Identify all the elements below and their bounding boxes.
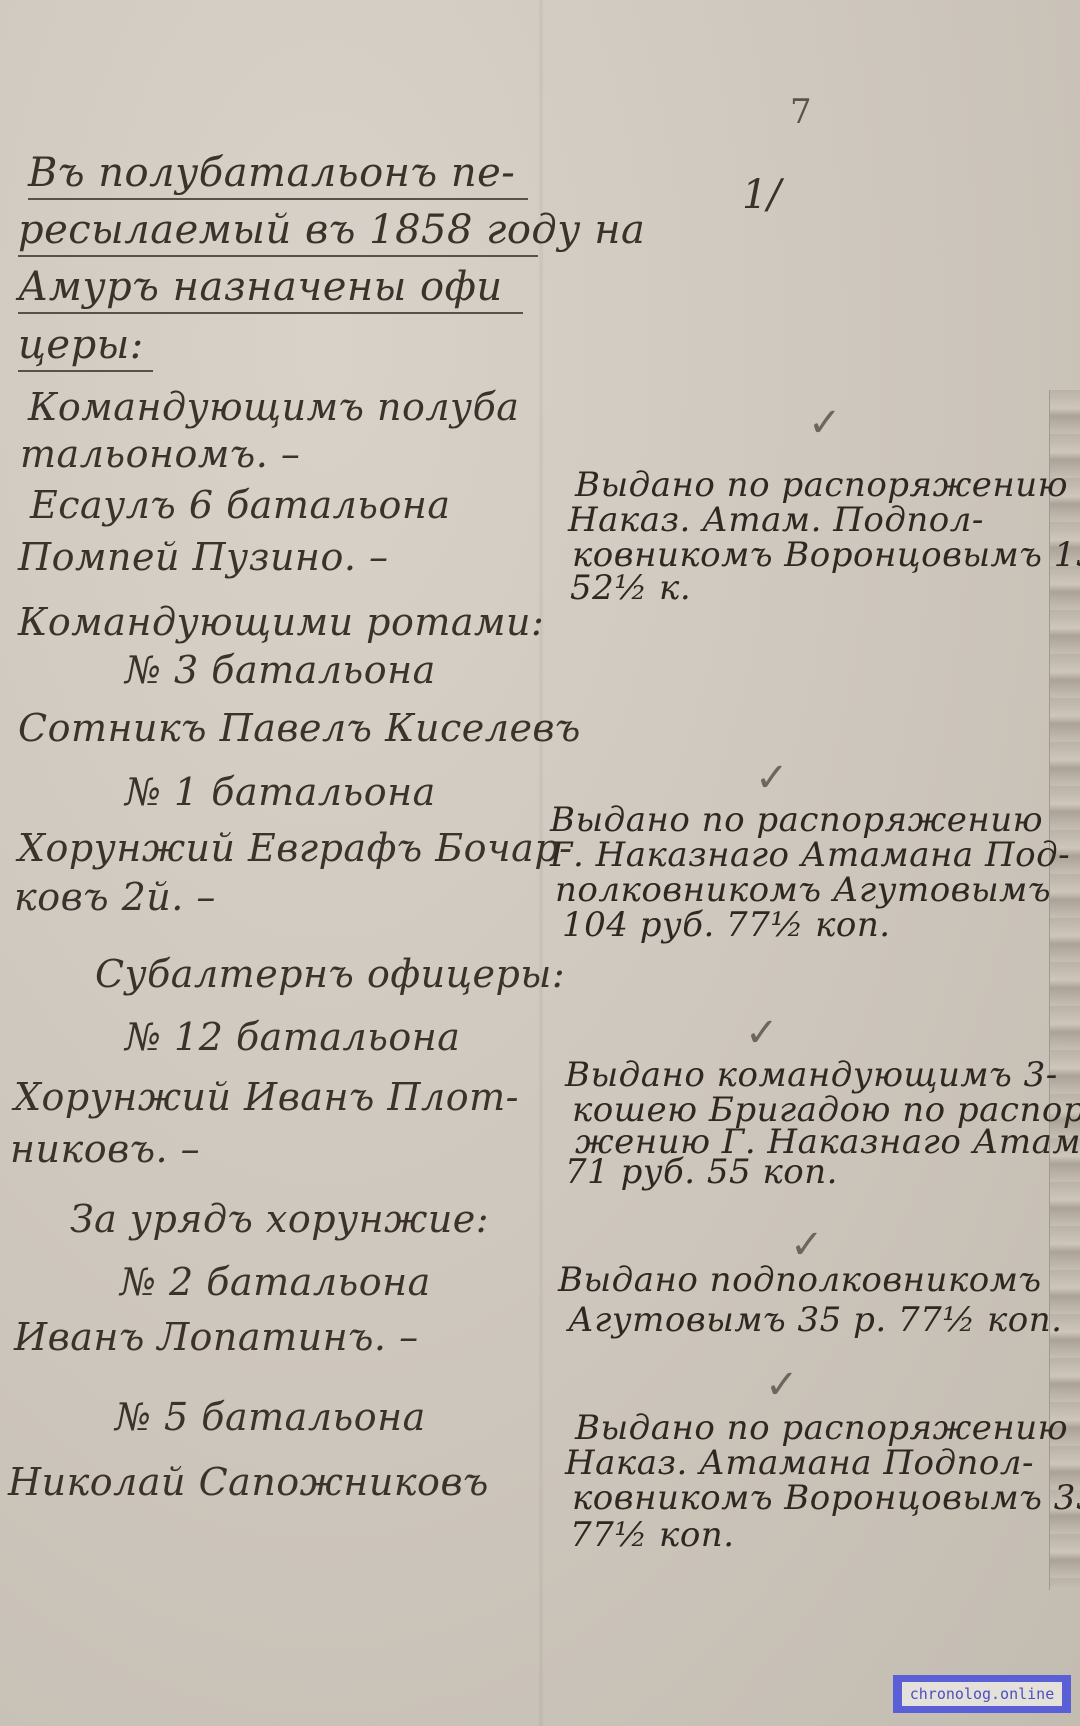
entry-line: тальономъ. –	[20, 432, 300, 476]
entry-line: Хорунжий Иванъ Плот-	[14, 1075, 519, 1119]
payment-line: Выдано по распоряжению	[550, 800, 1043, 840]
payment-line: Г. Наказнаго Атамана Под-	[550, 835, 1070, 875]
payment-line: Агутовымъ 35 р. 77½ коп.	[568, 1300, 1062, 1340]
heading-line-2: ресылаемый въ 1858 году на	[18, 207, 538, 257]
payment-line: Выдано подполковникомъ	[558, 1260, 1042, 1300]
battalion-label: № 3 батальона	[125, 648, 436, 692]
watermark-text: chronolog.online	[902, 1682, 1063, 1706]
section-label: За урядъ хорунжие:	[70, 1197, 489, 1241]
checkmark-icon: ✓	[808, 400, 842, 446]
battalion-label: № 5 батальона	[115, 1395, 426, 1439]
section-label: Субалтернъ офицеры:	[95, 952, 565, 996]
entry-line: Иванъ Лопатинъ. –	[14, 1315, 419, 1359]
checkmark-icon: ✓	[745, 1010, 779, 1056]
checkmark-icon: ✓	[765, 1362, 799, 1408]
battalion-label: № 1 батальона	[125, 770, 436, 814]
entry-line: Командующимъ полуба	[28, 385, 519, 429]
page-number: 7	[790, 92, 812, 132]
entry-line: ковъ 2й. –	[14, 875, 216, 919]
entry-line: никовъ. –	[10, 1127, 200, 1171]
payment-line: Наказ. Атамана Подпол-	[565, 1443, 1034, 1483]
payment-line: 77½ коп.	[570, 1515, 735, 1555]
payment-line: 52½ к.	[570, 568, 691, 608]
entry-line: Командующими ротами:	[18, 600, 544, 644]
folio-mark: 1/	[742, 172, 781, 218]
payment-line: 104 руб. 77½ коп.	[562, 905, 891, 945]
payment-line: 71 руб. 55 коп.	[565, 1152, 838, 1192]
watermark-badge: chronolog.online	[893, 1675, 1071, 1713]
payment-line: полковникомъ Агутовымъ	[555, 870, 1051, 910]
entry-line: Николай Сапожниковъ	[8, 1460, 489, 1504]
heading-line-3: Амуръ назначены офи	[18, 264, 523, 314]
heading-line-1: Въ полубатальонъ пе-	[28, 150, 528, 200]
checkmark-icon: ✓	[755, 755, 789, 801]
entry-line: Хорунжий Евграфъ Бочар-	[18, 826, 573, 870]
payment-line: Выдано по распоряжению	[575, 465, 1068, 505]
battalion-label: № 2 батальона	[120, 1260, 431, 1304]
payment-line: Наказ. Атам. Подпол-	[568, 500, 984, 540]
battalion-label: № 12 батальона	[125, 1015, 460, 1059]
heading-line-4: церы:	[18, 322, 153, 372]
entry-line: Есаулъ 6 батальона	[30, 483, 451, 527]
payment-line: Выдано командующимъ 3-	[565, 1055, 1058, 1095]
document-page: 7 1/ Въ полубатальонъ пе- ресылаемый въ …	[0, 0, 1080, 1726]
entry-line: Помпей Пузино. –	[18, 535, 388, 579]
payment-line: ковникомъ Воронцовымъ 35 р.	[572, 1478, 1080, 1518]
payment-line: Выдано по распоряжению	[575, 1408, 1068, 1448]
entry-line: Сотникъ Павелъ Киселевъ	[18, 706, 581, 750]
